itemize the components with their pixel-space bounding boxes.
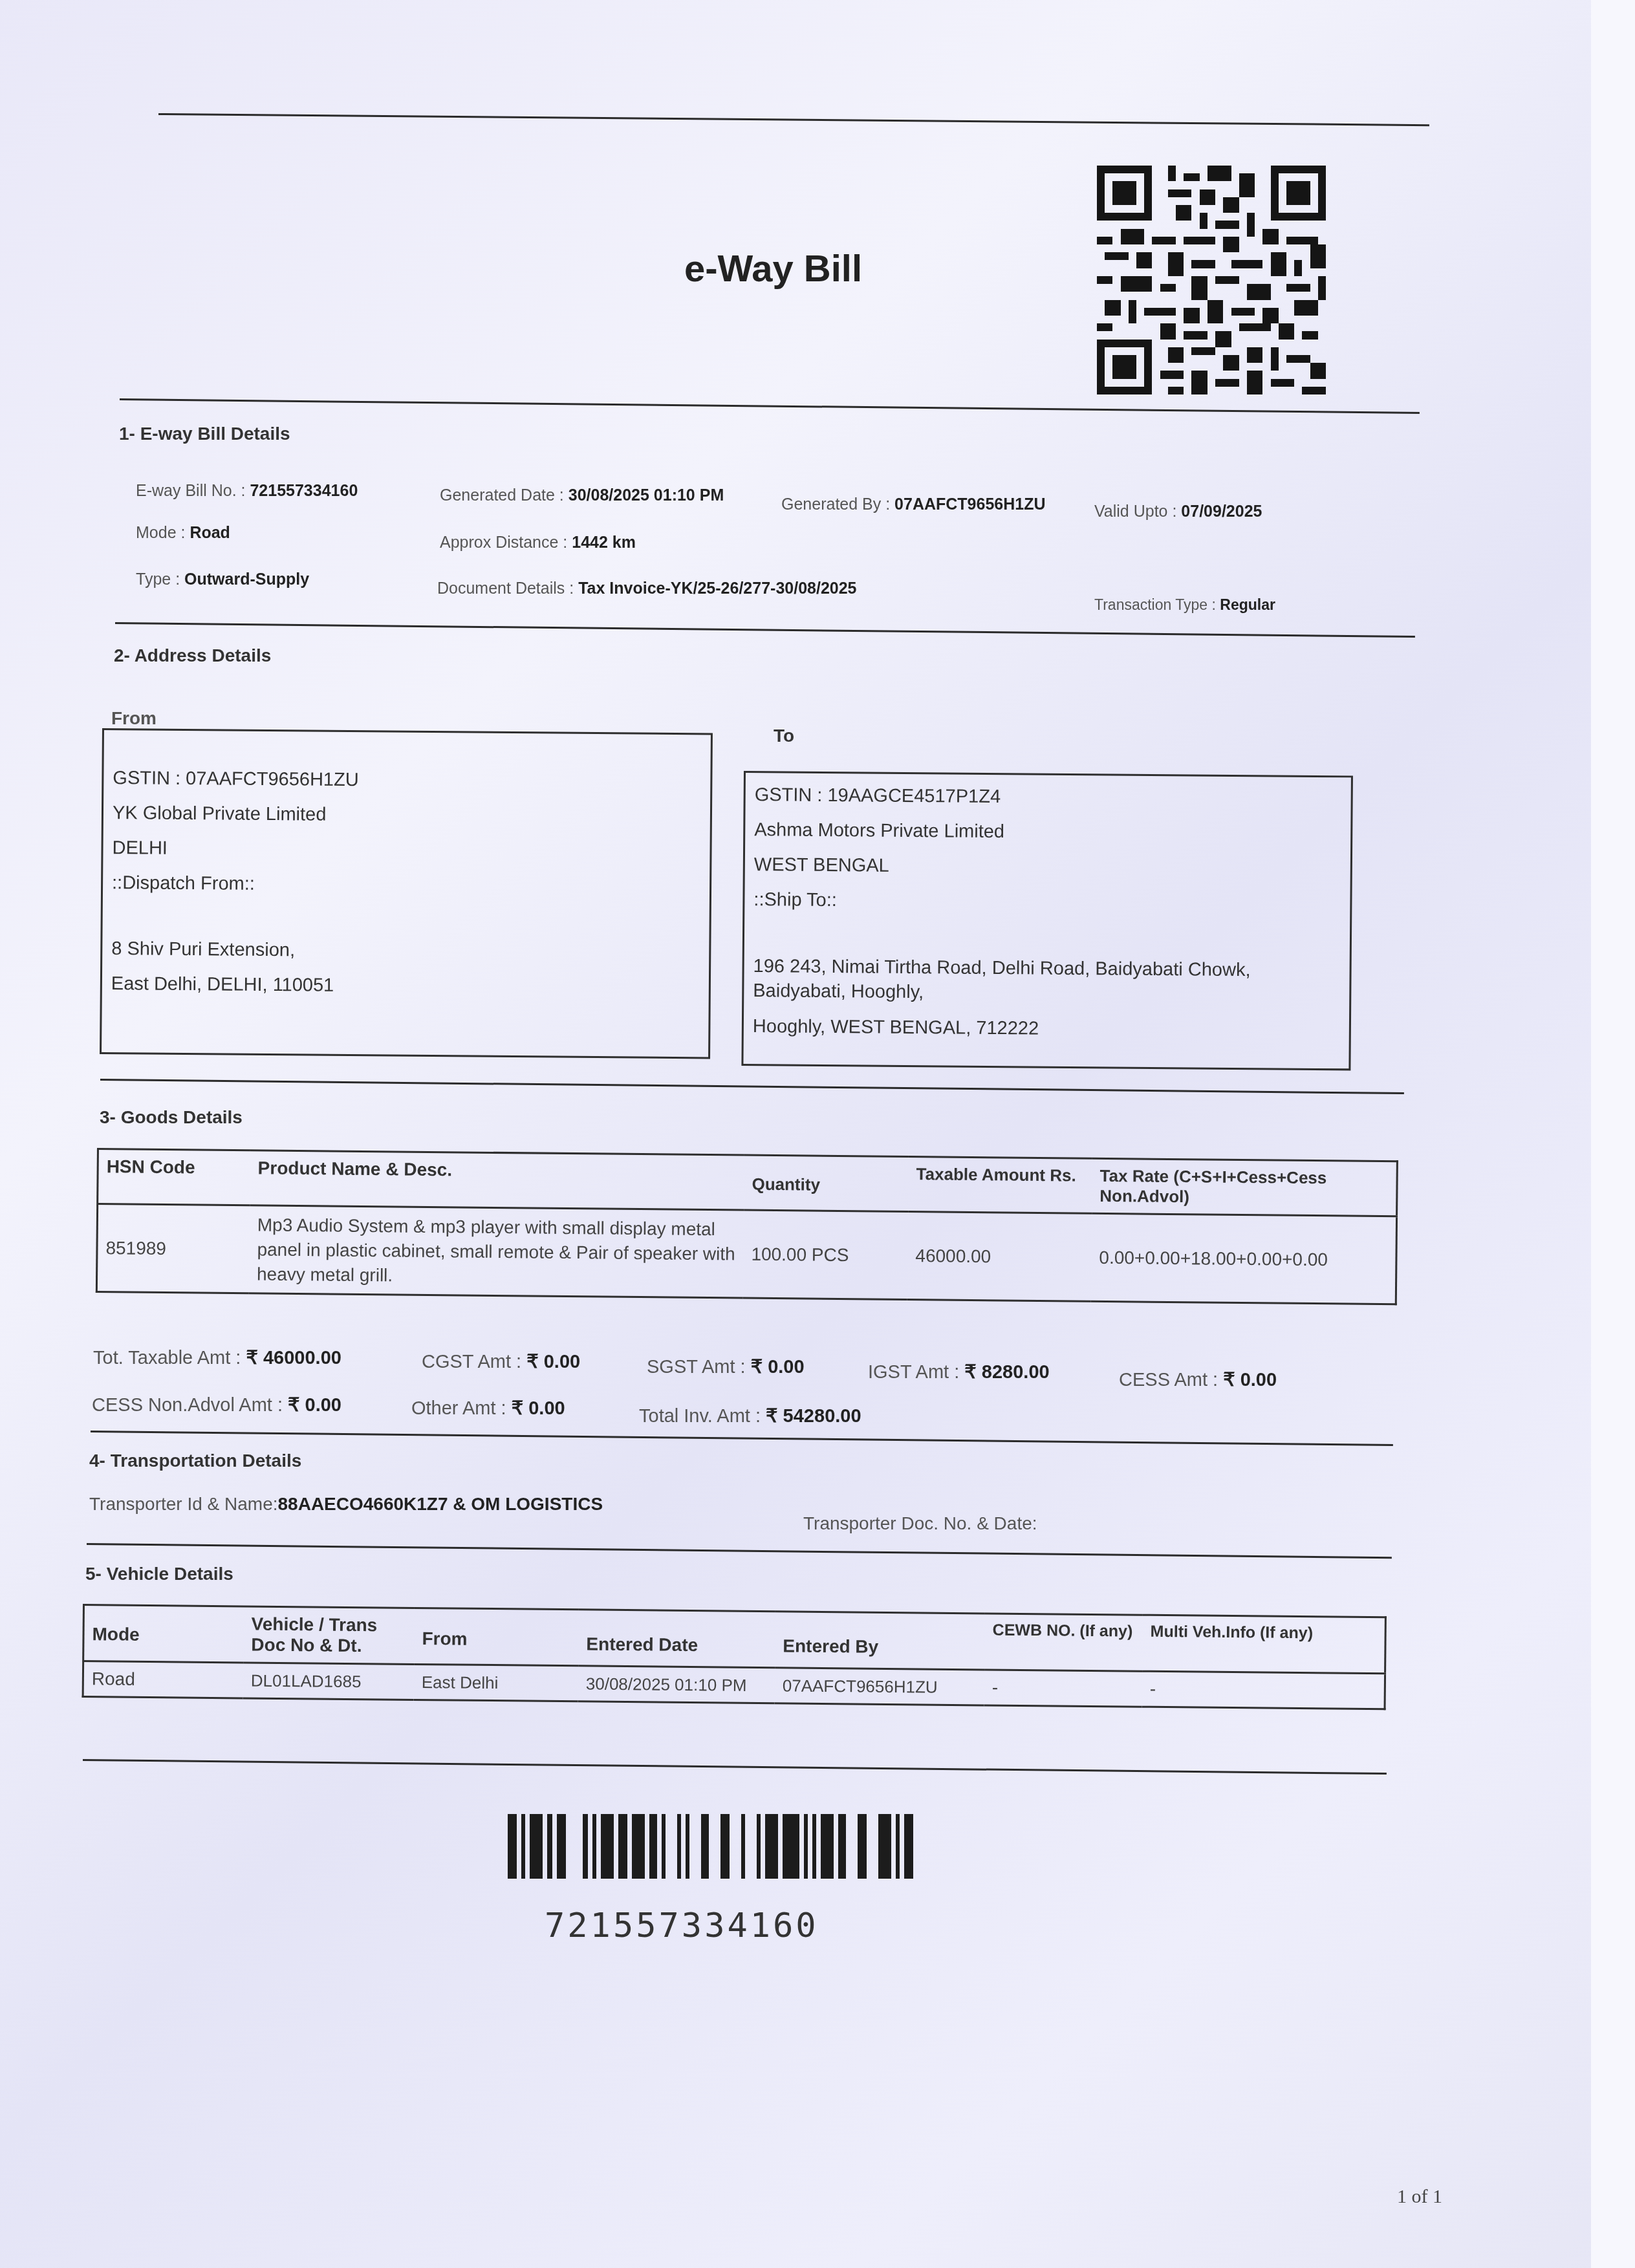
other-amount: Other Amt : ₹ 0.00 [411, 1397, 565, 1420]
eway-bill-number-label: E-way Bill No. : [136, 482, 245, 500]
col-cewb-no: CEWB NO. (If any) [984, 1614, 1143, 1671]
document-details: Document Details : Tax Invoice-YK/25-26/… [437, 579, 857, 598]
cgst-label: CGST Amt : [422, 1352, 521, 1372]
cgst-amount: CGST Amt : ₹ 0.00 [422, 1350, 580, 1373]
col-tax-rate: Tax Rate (C+S+I+Cess+Cess Non.Advol) [1092, 1158, 1397, 1216]
col-product: Product Name & Desc. [250, 1150, 744, 1210]
from-address-box: GSTIN : 07AAFCT9656H1ZU YK Global Privat… [100, 728, 713, 1059]
total-taxable-value: ₹ 46000.00 [246, 1348, 341, 1368]
other-label: Other Amt : [411, 1398, 506, 1419]
transporter-label: Transporter Id & Name: [89, 1494, 278, 1514]
tax-rate: 0.00+0.00+18.00+0.00+0.00 [1091, 1213, 1397, 1304]
hsn-code: 851989 [96, 1204, 250, 1294]
to-address-line1: 196 243, Nimai Tirtha Road, Delhi Road, … [753, 957, 1251, 980]
cgst-value: ₹ 0.00 [526, 1352, 580, 1372]
transaction-type: Transaction Type : Regular [1094, 596, 1275, 614]
divider [158, 113, 1429, 126]
eway-bill-number: E-way Bill No. : 721557334160 [136, 482, 358, 501]
sgst-label: SGST Amt : [647, 1357, 746, 1377]
mode-value: Road [189, 524, 230, 542]
from-dispatch-label: ::Dispatch From:: [112, 874, 255, 894]
section-heading-address-details: 2- Address Details [114, 645, 271, 666]
divider [83, 1759, 1387, 1775]
transporter-id-name: Transporter Id & Name:88AAECO4660K1Z7 & … [89, 1494, 603, 1515]
goods-table: HSN Code Product Name & Desc. Quantity T… [96, 1148, 1398, 1306]
transporter-value: 88AAECO4660K1Z7 & OM LOGISTICS [278, 1494, 603, 1514]
generated-date-label: Generated Date : [440, 486, 564, 504]
cess-nonadvol-value: ₹ 0.00 [288, 1395, 341, 1416]
type-label: Type : [136, 570, 180, 589]
from-state: DELHI [112, 839, 168, 858]
cess-value: ₹ 0.00 [1223, 1370, 1277, 1390]
generated-date-value: 30/08/2025 01:10 PM [568, 486, 724, 504]
divider [115, 622, 1415, 638]
divider [87, 1543, 1392, 1559]
eway-bill-number-value: 721557334160 [250, 482, 358, 500]
divider [100, 1079, 1404, 1094]
approx-distance: Approx Distance : 1442 km [440, 534, 636, 552]
document-details-value: Tax Invoice-YK/25-26/277-30/08/2025 [578, 579, 856, 598]
table-row: 851989 Mp3 Audio System & mp3 player wit… [96, 1204, 1396, 1305]
page-title: e-Way Bill [684, 247, 862, 290]
taxable-amount: 46000.00 [907, 1212, 1092, 1302]
transporter-doc: Transporter Doc. No. & Date: [803, 1513, 1037, 1534]
approx-distance-label: Approx Distance : [440, 534, 567, 552]
mode-label: Mode : [136, 524, 185, 542]
col-multi-veh-info: Multi Veh.Info (If any) [1142, 1615, 1385, 1674]
sgst-value: ₹ 0.00 [751, 1357, 805, 1377]
to-company-name: Ashma Motors Private Limited [754, 821, 1004, 841]
to-address-line3: Hooghly, WEST BENGAL, 712222 [753, 1017, 1039, 1038]
vehicle-mode: Road [83, 1661, 243, 1698]
vehicle-multi-veh-info: - [1142, 1671, 1385, 1709]
generated-date: Generated Date : 30/08/2025 01:10 PM [440, 486, 724, 505]
generated-by-label: Generated By : [781, 495, 890, 513]
vehicle-cewb-no: - [984, 1670, 1143, 1707]
quantity: 100.00 PCS [743, 1210, 908, 1300]
col-from: From [414, 1608, 579, 1665]
valid-upto-value: 07/09/2025 [1181, 502, 1262, 521]
generated-by-value: 07AAFCT9656H1ZU [894, 495, 1045, 513]
transaction-type-value: Regular [1220, 596, 1275, 613]
igst-amount: IGST Amt : ₹ 8280.00 [868, 1361, 1050, 1383]
to-ship-label: ::Ship To:: [753, 891, 837, 910]
from-label: From [111, 708, 157, 729]
from-company-name: YK Global Private Limited [113, 804, 327, 825]
to-gstin: GSTIN : 19AAGCE4517P1Z4 [755, 786, 1001, 806]
sgst-amount: SGST Amt : ₹ 0.00 [647, 1355, 805, 1378]
barcode-icon [508, 1814, 954, 1879]
approx-distance-value: 1442 km [572, 534, 636, 552]
section-heading-transportation-details: 4- Transportation Details [89, 1451, 301, 1471]
col-taxable-amount: Taxable Amount Rs. [908, 1157, 1092, 1214]
section-heading-eway-bill-details: 1- E-way Bill Details [119, 424, 290, 444]
col-quantity: Quantity [744, 1155, 909, 1211]
total-taxable-amount: Tot. Taxable Amt : ₹ 46000.00 [93, 1346, 341, 1369]
from-address-line2: East Delhi, DELHI, 110051 [111, 975, 334, 995]
col-entered-by: Entered By [775, 1612, 985, 1670]
total-invoice-value: ₹ 54280.00 [766, 1406, 861, 1427]
from-gstin: GSTIN : 07AAFCT9656H1ZU [113, 769, 359, 790]
igst-value: ₹ 8280.00 [964, 1362, 1049, 1383]
qr-code-icon [1097, 166, 1326, 394]
total-invoice-label: Total Inv. Amt : [639, 1406, 761, 1427]
total-taxable-label: Tot. Taxable Amt : [93, 1348, 241, 1368]
other-value: ₹ 0.00 [512, 1398, 565, 1419]
col-mode: Mode [83, 1605, 244, 1663]
type: Type : Outward-Supply [136, 570, 309, 589]
product-description: Mp3 Audio System & mp3 player with small… [249, 1205, 744, 1299]
paper-edge [1591, 0, 1635, 2268]
to-state: WEST BENGAL [754, 856, 889, 876]
divider [120, 398, 1420, 414]
col-vehicle: Vehicle / Trans Doc No & Dt. [243, 1606, 415, 1665]
col-hsn-code: HSN Code [98, 1149, 250, 1205]
vehicle-entered-by: 07AAFCT9656H1ZU [775, 1668, 985, 1705]
vehicle-table: Mode Vehicle / Trans Doc No & Dt. From E… [82, 1604, 1387, 1710]
cess-label: CESS Amt : [1119, 1370, 1218, 1390]
barcode-number: 721557334160 [545, 1906, 819, 1945]
type-value: Outward-Supply [184, 570, 309, 589]
section-heading-vehicle-details: 5- Vehicle Details [85, 1564, 233, 1584]
cess-nonadvol-label: CESS Non.Advol Amt : [92, 1395, 283, 1416]
document-details-label: Document Details : [437, 579, 574, 598]
vehicle-number: DL01LAD1685 [243, 1663, 415, 1700]
section-heading-goods-details: 3- Goods Details [100, 1107, 243, 1128]
igst-label: IGST Amt : [868, 1362, 959, 1383]
vehicle-entered-date: 30/08/2025 01:10 PM [578, 1666, 775, 1703]
valid-upto-label: Valid Upto : [1094, 502, 1176, 521]
to-address-box: GSTIN : 19AAGCE4517P1Z4 Ashma Motors Pri… [741, 771, 1353, 1070]
mode: Mode : Road [136, 524, 230, 543]
to-label: To [774, 726, 794, 746]
generated-by: Generated By : 07AAFCT9656H1ZU [781, 495, 1046, 514]
transaction-type-label: Transaction Type : [1094, 596, 1216, 613]
total-invoice-amount: Total Inv. Amt : ₹ 54280.00 [639, 1405, 861, 1427]
cess-nonadvol-amount: CESS Non.Advol Amt : ₹ 0.00 [92, 1394, 341, 1416]
page-indicator: 1 of 1 [1397, 2186, 1442, 2208]
vehicle-from: East Delhi [414, 1664, 579, 1701]
transporter-doc-label: Transporter Doc. No. & Date: [803, 1513, 1037, 1533]
from-address-line1: 8 Shiv Puri Extension, [111, 940, 295, 960]
valid-upto: Valid Upto : 07/09/2025 [1094, 502, 1262, 521]
divider [91, 1431, 1393, 1446]
col-entered-date: Entered Date [578, 1610, 775, 1668]
cess-amount: CESS Amt : ₹ 0.00 [1119, 1368, 1277, 1391]
to-address-line2: Baidyabati, Hooghly, [753, 982, 924, 1002]
